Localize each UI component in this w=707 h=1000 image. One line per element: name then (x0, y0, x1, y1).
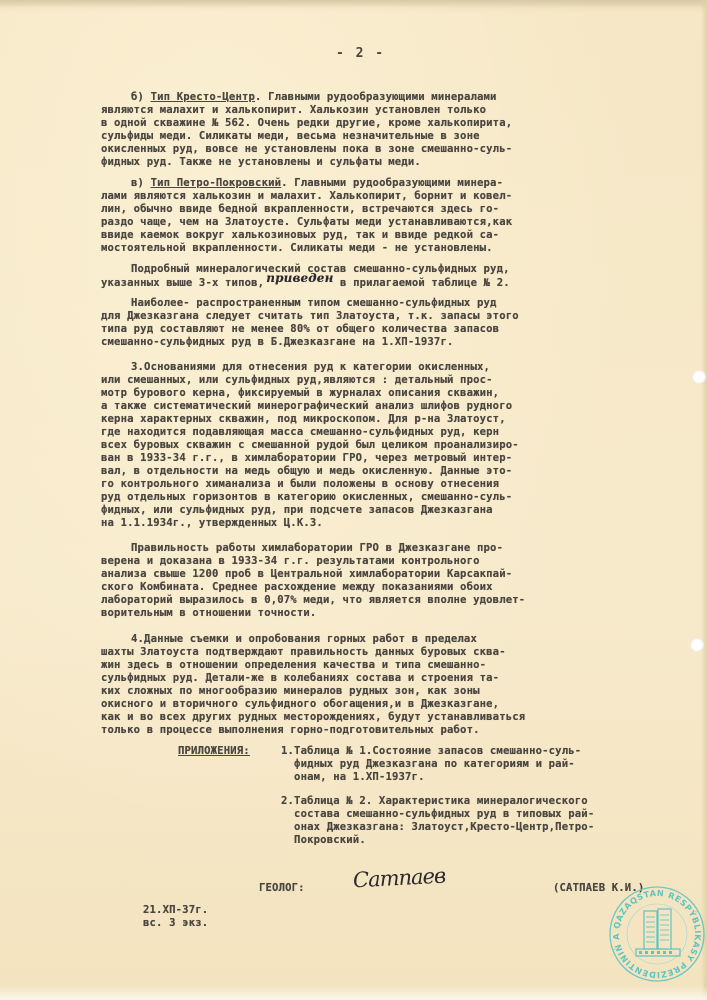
appendix-line: онах Джезказгана: Златоуст,Кресто-Центр,… (281, 821, 594, 833)
text-line: только в процессе выполнения горно-подго… (101, 724, 480, 736)
text-line: лабораторий выразилось в 0,07% меди, что… (101, 594, 525, 606)
text-line: смешанно-сульфидных руд в Б.Джезказгане … (101, 336, 454, 348)
text-line: анализа свыше 1200 проб в Центральной хи… (101, 568, 512, 580)
text-line: ворительным в отношении точности. (101, 607, 316, 619)
text-line: а также систематический минерографически… (101, 400, 512, 412)
text-line: го контрольного химанализа и были положе… (101, 478, 499, 490)
text-line: где находится подавляющая масса смешанно… (101, 426, 499, 438)
text-line: типа руд составляют не менее 80% от обще… (101, 323, 499, 335)
document-date: 21.ХП-37г. (143, 904, 208, 916)
text-line: ввиде каемок вокруг халькозиновых руд, т… (101, 229, 499, 241)
section-b-marker: б) (131, 91, 151, 103)
section-b-title: Тип Кресто-Центр (151, 91, 255, 103)
appendix-line: состава смешанно-сульфидных руд в типовы… (281, 808, 594, 820)
text-line: указанных выше 3-х типов,приведен в прил… (101, 276, 510, 289)
text-line: раздо чаще, чем на Златоусте. Сульфаты м… (101, 216, 512, 228)
handwritten-correction: приведен (266, 271, 333, 285)
archive-stamp-icon: QAZAQSTAN RESPÝBLIKASY PREZIDENTINIŃ ARH… (608, 885, 706, 983)
page-number: - 2 - (336, 46, 385, 61)
section-v-first-line: в) Тип Петро-Покровский. Главными рудооб… (131, 177, 503, 189)
appendix-line: 2.Таблица № 2. Характеристика минералоги… (281, 795, 588, 807)
paper-top-edge (0, 0, 707, 8)
text-line: являются малахит и халькопирит. Халькози… (101, 104, 486, 116)
text-line: фидных руд. Также не установлены и сульф… (101, 156, 421, 168)
section-v-first-line-rest: . Главными рудообразующими минера- (281, 177, 503, 189)
text-line: окисленных руд, вовсе не установлены пок… (101, 143, 512, 155)
appendix-line: Покровский. (281, 834, 366, 846)
text-line: шахты Златоуста подтверждают правильност… (101, 646, 506, 658)
copies-count: вс. 3 экз. (143, 917, 208, 929)
text-line: для Джезказгана следует считать тип Злат… (101, 310, 519, 322)
appendices-label: ПРИЛОЖЕНИЯ: (178, 745, 250, 757)
text-line: керна характерных скважин, под микроскоп… (101, 413, 506, 425)
text-line: Правильность работы химлаборатории ГРО в… (131, 542, 503, 554)
text-line: в одной скважине № 562. Очень редки друг… (101, 117, 512, 129)
archive-stamp: QAZAQSTAN RESPÝBLIKASY PREZIDENTINIŃ ARH… (608, 885, 706, 983)
text-line: фидных, или сульфидных руд, при подсчете… (101, 504, 493, 516)
appendix-line: 1.Таблица № 1.Состояние запасов смешанно… (281, 745, 581, 757)
text-line: ского Комбината. Среднее расхождение меж… (101, 581, 493, 593)
punch-hole (692, 370, 706, 384)
text-line: верена и доказана в 1933-34 г.г. результ… (101, 555, 480, 567)
signer-role: ГЕОЛОГ: (259, 882, 305, 894)
text-line: как и во всех других рудных месторождени… (101, 711, 525, 723)
text-fragment: в прилагаемой таблице № 2. (334, 277, 510, 289)
paper-right-edge (701, 0, 707, 1000)
text-line: сульфидных руд. Детали-же в колебаниях с… (101, 672, 499, 684)
section-v-marker: в) (131, 177, 151, 189)
text-line: или смешанных, или сульфидных руд,являют… (101, 374, 493, 386)
text-line: руд отдельных горизонтов в категорию оки… (101, 491, 512, 503)
handwritten-signature: Сатпаев (352, 864, 445, 893)
text-line: окисного и вторичного сульфидного обогащ… (101, 698, 499, 710)
appendix-line: онам, на 1.ХП-1937г. (281, 771, 425, 783)
document-page: - 2 - б) Тип Кресто-Центр. Главными рудо… (0, 0, 707, 1000)
text-line: ких сложных по многообразию минералов ру… (101, 685, 480, 697)
text-line: на 1.1.1934г., утвержденных Ц.К.З. (101, 517, 323, 529)
text-line: всех буровых скважин с смешанной рудой б… (101, 439, 519, 451)
text-line: мотр бурового керна, фиксируемый в журна… (101, 387, 499, 399)
punch-hole (690, 638, 704, 652)
text-line: 4.Данные съемки и опробования горных раб… (131, 633, 477, 645)
section-b-first-line-rest: . Главными рудообразующими минералами (255, 91, 497, 103)
text-line: сульфиды меди. Силикаты меди, весьма нез… (101, 130, 480, 142)
appendix-line: фидных руд Джезказгана по категориям и р… (281, 758, 575, 770)
text-fragment: указанных выше 3-х типов, (101, 277, 264, 289)
text-line: жин здесь в отношении определения качест… (101, 659, 486, 671)
text-line: ван в 1933-34 г.г., в химлаборатории ГРО… (101, 452, 512, 464)
text-line: 3.Основаниями для отнесения руд к катего… (131, 361, 490, 373)
text-line: мостоятельной вкрапленности. Силикаты ме… (101, 242, 493, 254)
text-line: лами являются халькозин и малахит. Хальк… (101, 190, 512, 202)
section-v-title: Тип Петро-Покровский (151, 177, 282, 189)
section-b-first-line: б) Тип Кресто-Центр. Главными рудообразу… (131, 91, 497, 103)
paper-bottom-edge (0, 986, 707, 1000)
text-line: лин, обычно ввиде бедной вкрапленности, … (101, 203, 499, 215)
text-line: вал, в отдельности на медь общую и медь … (101, 465, 512, 477)
text-line: Наиболее- распространенным типом смешанн… (131, 297, 497, 309)
